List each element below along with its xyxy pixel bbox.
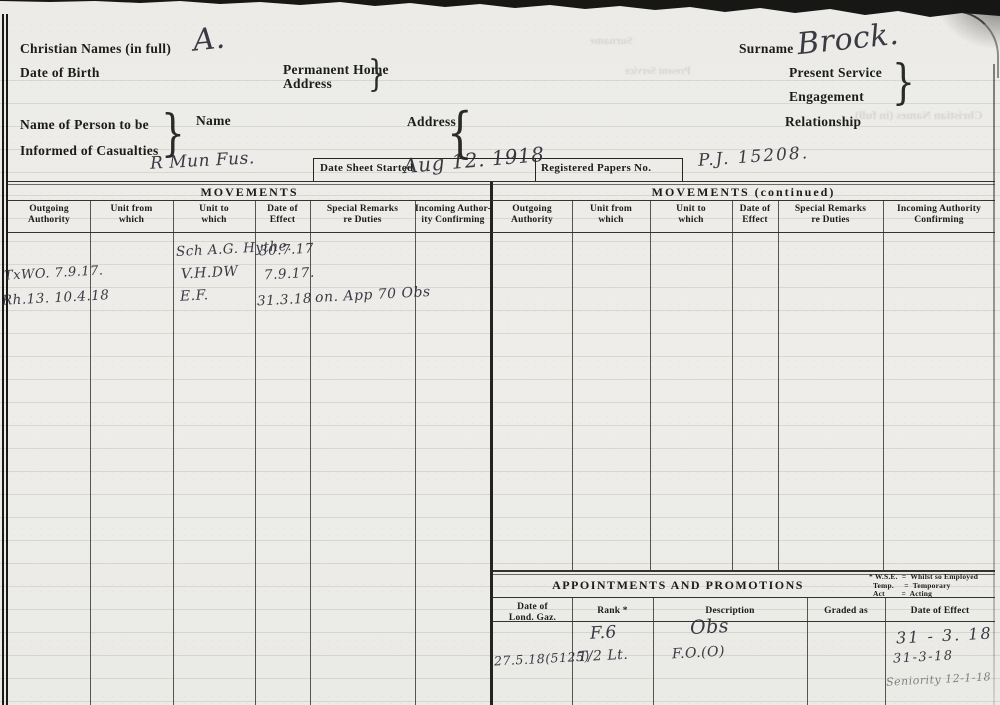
column-header: Unit from which [90,200,173,226]
bleed-through-text: Present Service [625,66,691,77]
appointments-title: APPOINTMENTS AND PROMOTIONS [493,578,863,593]
appointment-row2-description: F.O.(O) [672,644,726,663]
movement-row2-date: 7.9.17. [264,265,316,284]
appointment-row2-rank: T/2 Lt. [578,647,629,666]
engagement-label: Engagement [789,89,864,105]
column-header: Outgoing Authority [8,200,90,226]
christian-names-label: Christian Names (in full) [20,41,171,57]
appointment-row1-rank: F.6 [589,622,617,643]
present-service-label: Present Service [789,65,882,81]
brace-close-icon: } [892,58,915,106]
bleed-through-text: Surname [590,35,633,47]
casualties-label: Name of Person to be Informed of Casualt… [20,112,159,164]
column-header: Unit from which [572,200,650,226]
date-of-birth-label: Date of Birth [20,65,100,81]
casualties-value: R Mun Fus. [150,148,256,173]
movement-row1-date: 30.7.17 [259,241,315,260]
column-header: Outgoing Authority [492,200,572,226]
brace-close-icon: } [368,57,385,93]
christian-names-value: A. [191,20,227,58]
relationship-label: Relationship [785,114,861,130]
column-header: Incoming Authority Confirming [883,200,995,226]
column-header: Date of Effect [255,200,310,226]
surname-value: Brock. [795,17,900,62]
column-header: Rank * [572,602,653,617]
column-header: Graded as [807,602,885,617]
torn-top-edge [0,0,1000,22]
record-card: Christian Names (in full) Surname Presen… [0,0,1000,705]
movement-row2-unit-to: V.H.DW [181,264,239,283]
appointment-row2-date: 31-3-18 [893,648,954,666]
registered-papers-label: Registered Papers No. [541,162,651,174]
appointment-row1-description: Obs [689,615,729,639]
movement-row3-date: 31.3.18 [257,291,313,310]
column-header: Date of Effect [732,200,778,226]
registered-papers-value: P.J. 15208. [697,143,809,171]
movements-table-right: MOVEMENTS (continued) Outgoing Authority… [492,181,995,570]
bleed-through-text: Christian Names (in full) [855,108,983,123]
column-header: Unit to which [173,200,255,226]
movement-row3-unit-to: E.F. [180,287,209,304]
column-header: Description [653,602,807,617]
movements-left-title: MOVEMENTS [8,185,491,200]
column-header: Special Remarks re Duties [778,200,883,226]
column-header: Special Remarks re Duties [310,200,415,226]
column-header: Date of Lond. Gaz. [493,598,572,624]
movements-right-title: MOVEMENTS (continued) [492,185,995,200]
movements-table-left: MOVEMENTS Outgoing Authority Unit from w… [8,181,491,705]
column-header: Incoming Author- ity Confirming [415,200,491,226]
name-label: Name [196,113,231,129]
binding-rule-outer [2,14,4,705]
brace-close-icon: } [161,108,185,158]
column-header: Date of Effect [885,602,995,617]
date-sheet-label: Date Sheet Started [320,162,413,174]
surname-label: Surname [739,41,794,57]
column-header: Unit to which [650,200,732,226]
